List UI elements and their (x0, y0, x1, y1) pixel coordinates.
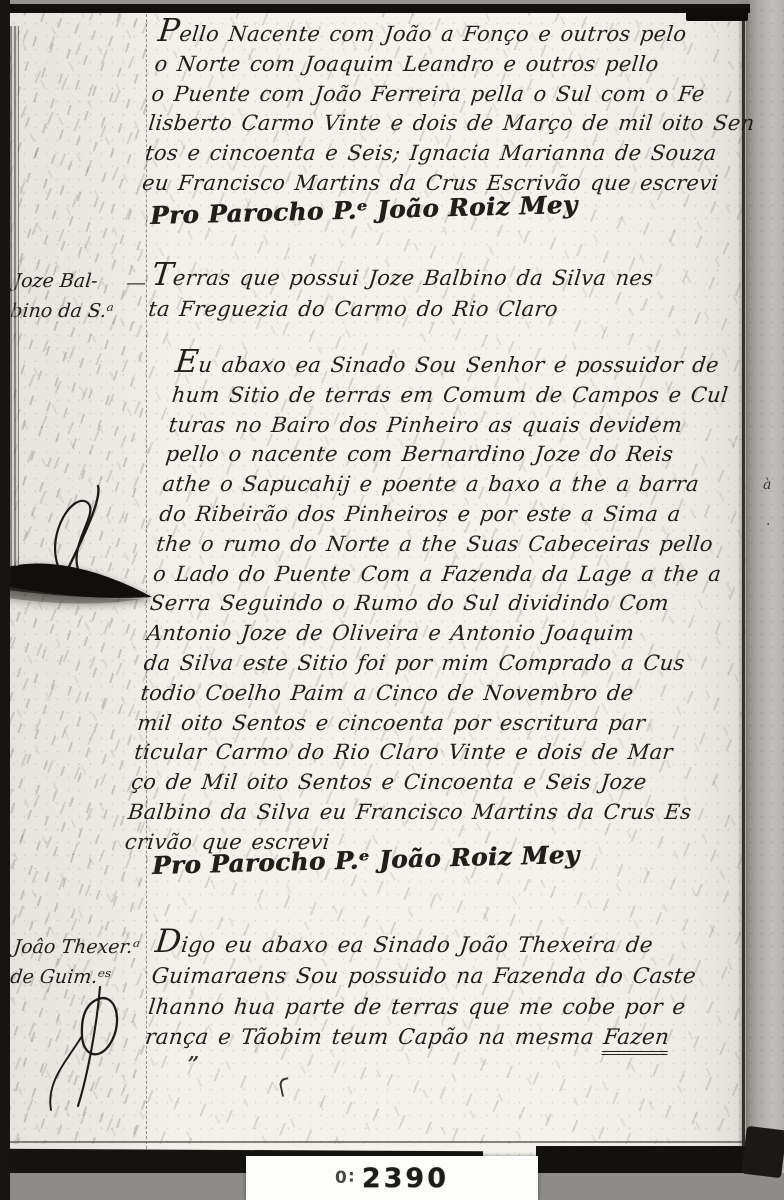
ink-nib-blot (0, 545, 170, 623)
page-bottom-edge (10, 1141, 742, 1143)
entry-3-paragraph: Digo eu abaxo ea Sinado João Thexeira de… (144, 931, 777, 1054)
manuscript-line: Pello Nacente com João a Fonço e outros … (156, 20, 764, 50)
manuscript-line: todio Coelho Paim a Cinco de Novembro de (139, 679, 750, 709)
manuscript-line: Antonio Joze de Oliveira e Antonio Joaqu… (145, 619, 756, 649)
manuscript-line: hum Sitio de terras em Comum de Campos e… (170, 381, 781, 411)
margin-link-dash: — (126, 270, 146, 294)
stamp-prefix: 0∶ (335, 1168, 356, 1188)
manuscript-line: Serra Seguindo o Rumo do Sul dividindo C… (148, 589, 759, 619)
signature-1: Pro Parocho P.ᵉ João Roiz Mey (150, 201, 578, 230)
top-border-blob (686, 8, 748, 21)
manuscript-line: o Norte com Joaquim Leandro e outros pel… (153, 50, 761, 80)
manuscript-line: ço de Mil oito Sentos e Cincoenta e Seis… (130, 768, 741, 798)
manuscript-line: the o rumo do Norte a the Suas Cabeceira… (155, 530, 766, 560)
margin-note-line: bino da S.ᵃ (9, 296, 144, 326)
manuscript-line: o Puente com João Ferreira pella o Sul c… (150, 80, 758, 110)
bottom-shadow-band-right (536, 1146, 760, 1173)
manuscript-line: lhanno hua parte de terras que me cobe p… (147, 993, 770, 1024)
stamp-number: 2390 (362, 1163, 449, 1194)
book-binding-edge (0, 0, 10, 1200)
entry-1-paragraph: Pello Nacente com João a Fonço e outros … (141, 20, 765, 199)
paraph-flourish (36, 982, 136, 1114)
manuscript-line: Guimaraens Sou possuido na Fazenda do Ca… (150, 962, 773, 993)
manuscript-line: Terras que possui Joze Balbino da Silva … (150, 263, 758, 294)
manuscript-line: Digo eu abaxo ea Sinado João Thexeira de (153, 931, 776, 962)
signature-2: Pro Parocho P.ᵉ João Roiz Mey (152, 851, 580, 880)
entry-2-heading: Terras que possui Joze Balbino da Silva … (147, 263, 759, 325)
manuscript-line: da Silva este Sitio foi por mim Comprado… (142, 649, 753, 679)
bottom-right-corner-shadow (741, 1126, 784, 1179)
manuscript-line: o Lado do Puente Com a Fazenda da Lage a… (152, 560, 763, 590)
page-stack-edges (10, 26, 19, 566)
manuscript-line: turas no Bairo dos Pinheiro as quais dev… (167, 411, 778, 441)
top-border-bar (0, 4, 750, 13)
stray-pen-letter: à (763, 477, 771, 493)
manuscript-line: rança e Tãobim teum Capão na mesma Fazen (144, 1023, 767, 1054)
line-text: rança e Tãobim teum Capão na mesma (144, 1025, 605, 1050)
manuscript-line: Balbino da Silva eu Francisco Martins da… (127, 798, 738, 828)
entry-2-paragraph: Eu abaxo ea Sinado Sou Senhor e possuido… (123, 351, 784, 858)
stray-pen-dot: . (766, 513, 770, 529)
margin-note-line: Joâo Thexer.ᵃ (12, 932, 147, 962)
manuscript-line: ta Freguezia do Carmo do Rio Claro (147, 294, 755, 325)
manuscript-line: tos e cincoenta e Seis; Ignacia Marianna… (144, 139, 752, 169)
manuscript-line: athe o Sapucahij e poente a baxo a the a… (161, 470, 772, 500)
catalog-number-label: 0∶ 2390 (246, 1156, 538, 1200)
manuscript-line: lisberto Carmo Vinte e dois de Março de … (147, 109, 755, 139)
manuscript-line: do Ribeirão dos Pinheiros e por este a S… (158, 500, 769, 530)
entry-3-lines: Digo eu abaxo ea Sinado João Thexeira de… (147, 931, 777, 1023)
manuscript-line: Eu abaxo ea Sinado Sou Senhor e possuido… (173, 351, 784, 381)
manuscript-line: mil oito Sentos e cincoenta por escritur… (136, 709, 747, 739)
underlined-word: Fazen (602, 1025, 671, 1055)
manuscript-line: pello o nacente com Bernardino Joze do R… (164, 440, 775, 470)
ditto-mark: „ (188, 1040, 200, 1064)
manuscript-line: ticular Carmo do Rio Claro Vinte e dois … (133, 738, 744, 768)
